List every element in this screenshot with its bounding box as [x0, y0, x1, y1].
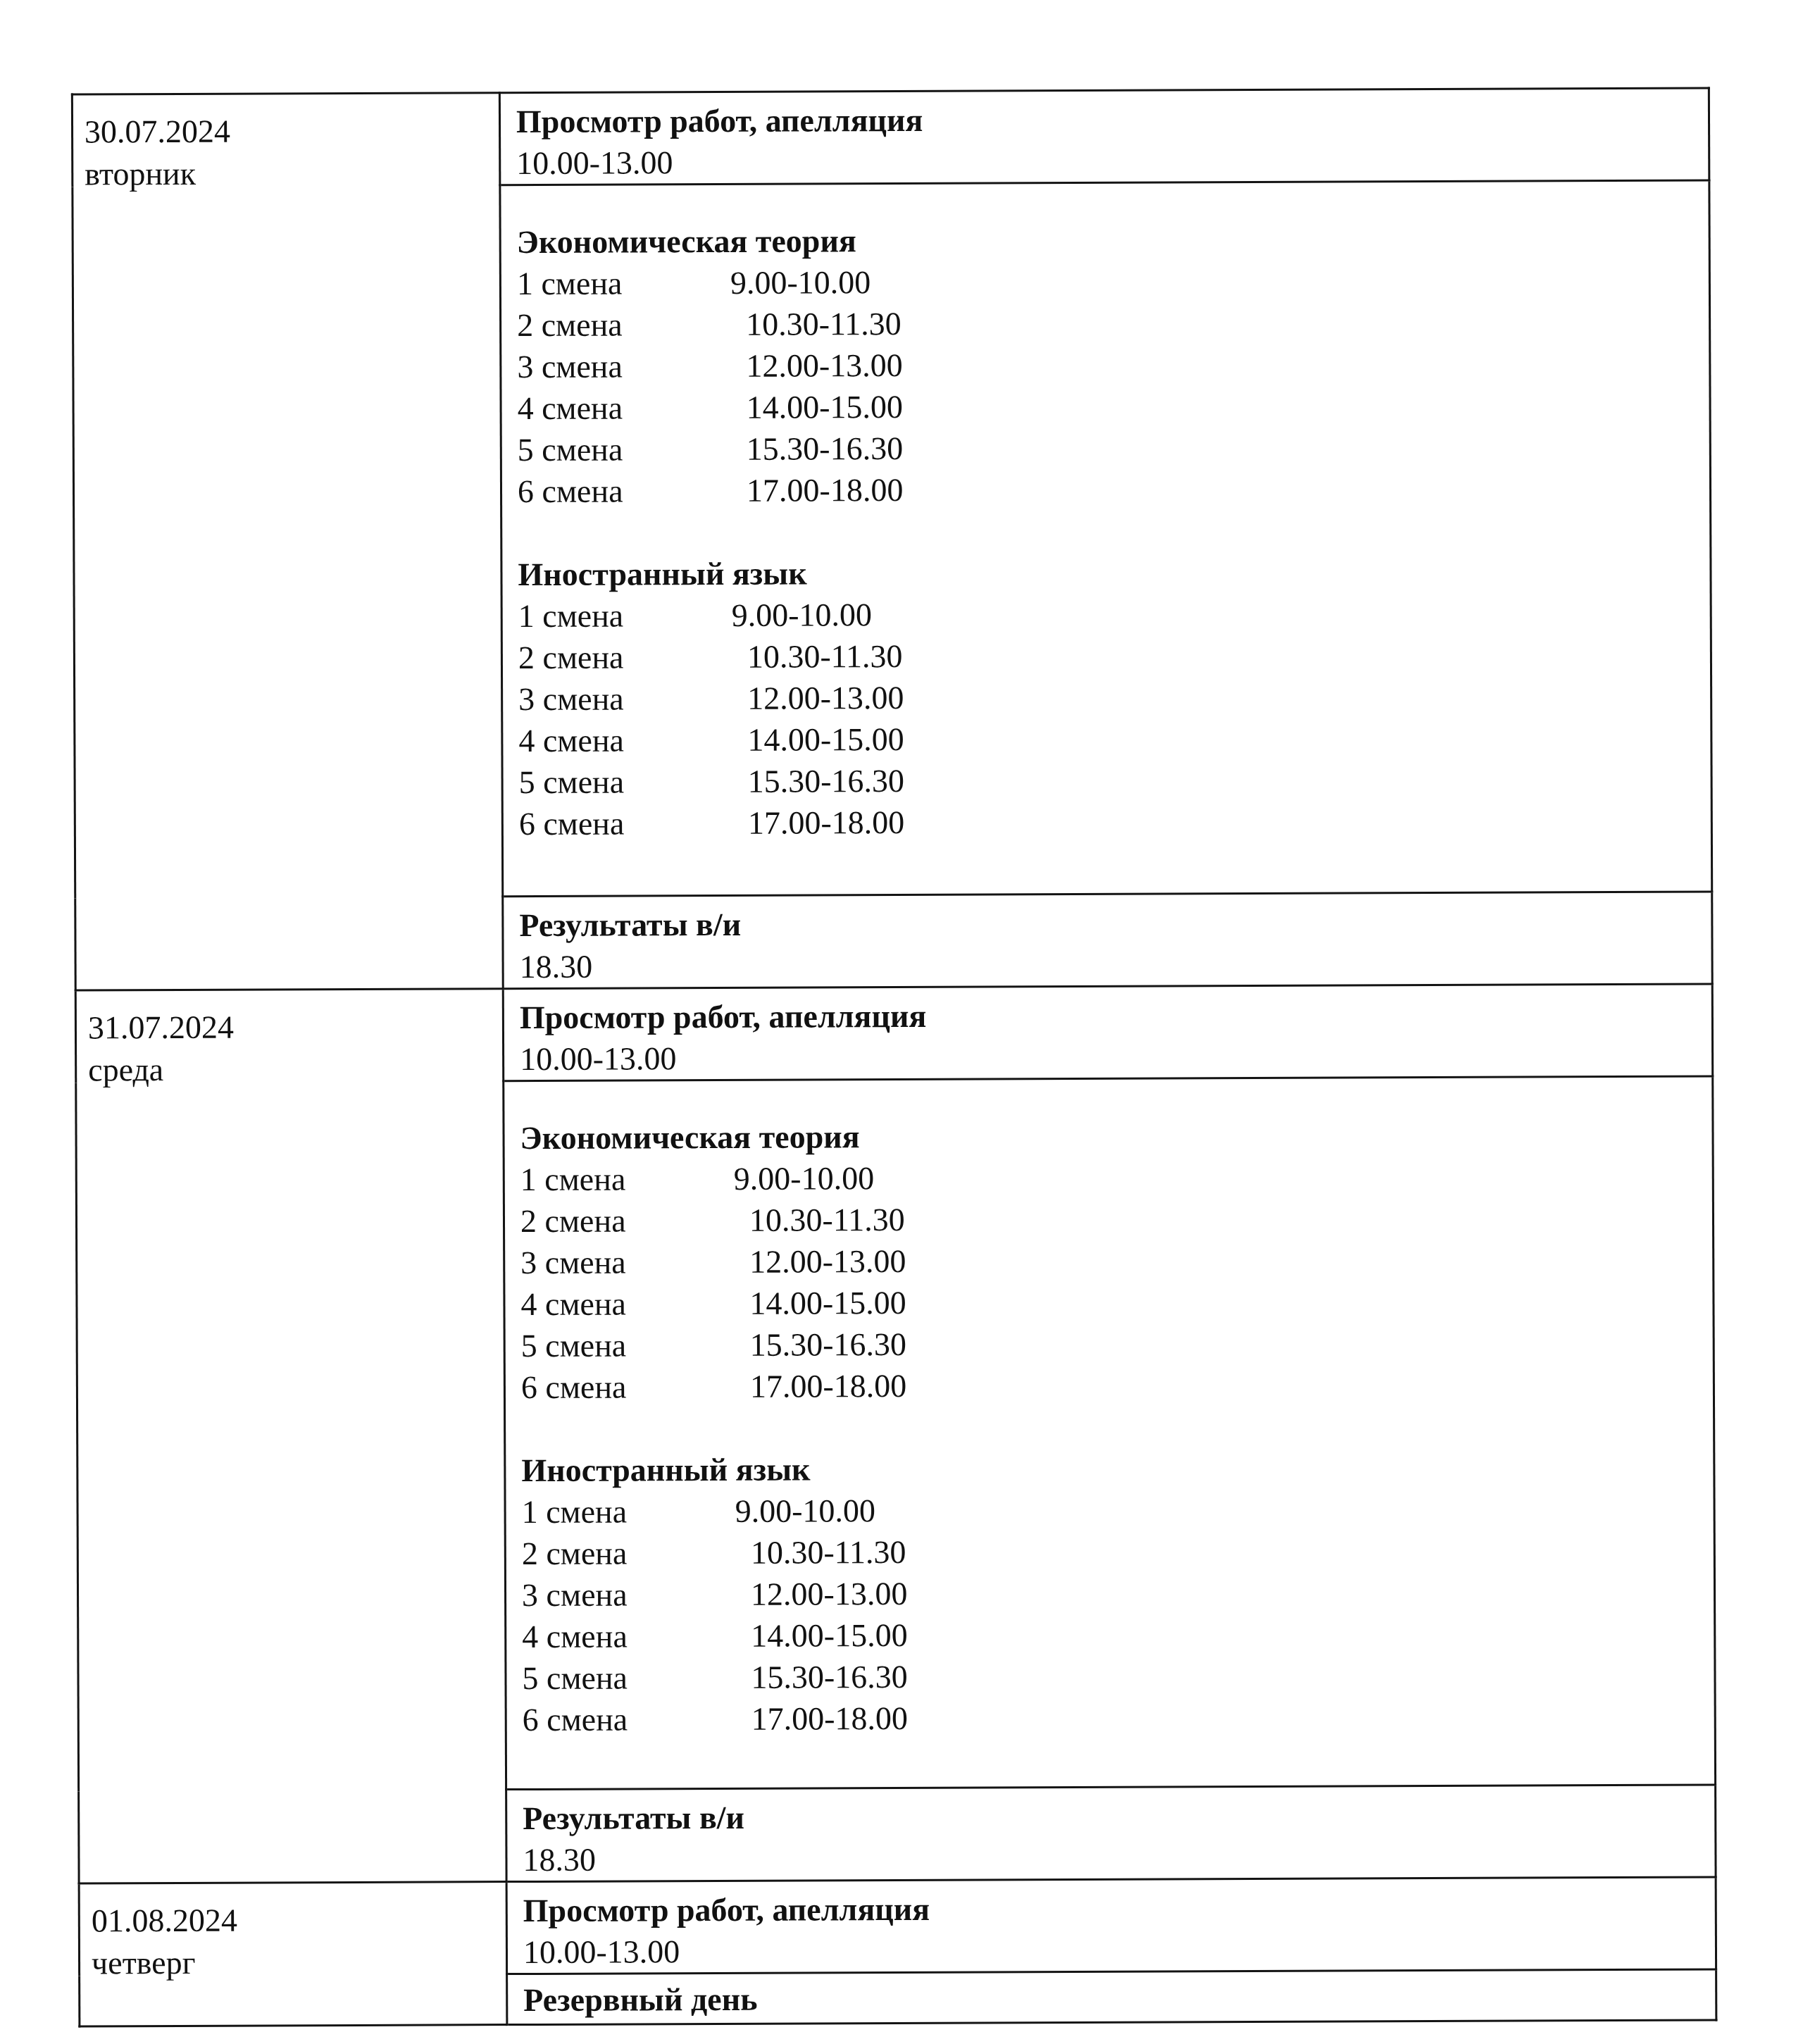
- date-cell: 31.07.2024 среда: [75, 989, 506, 1883]
- review-cell: Просмотр работ, апелляция 10.00-13.00: [499, 88, 1709, 185]
- shift-time: 15.30-16.30: [750, 1323, 907, 1366]
- reserve-cell: Резервный день: [507, 1969, 1716, 2025]
- shift-row: 2 смена10.30-11.30: [522, 1528, 1714, 1574]
- results-time: 18.30: [520, 942, 1711, 987]
- shift-label: 6 смена: [519, 802, 748, 845]
- shift-label: 1 смена: [518, 594, 747, 637]
- subject-economics: Экономическая теория 1 смена9.00-10.00 2…: [520, 1113, 1713, 1408]
- shift-row: 1 смена9.00-10.00: [521, 1487, 1713, 1533]
- subject-economics: Экономическая теория 1 смена9.00-10.00 2…: [517, 217, 1710, 512]
- shift-row: 6 смена17.00-18.00: [521, 1362, 1713, 1408]
- shift-label: 6 смена: [523, 1698, 751, 1740]
- shift-label: 3 смена: [520, 1241, 749, 1283]
- shift-row: 1 смена9.00-10.00: [518, 591, 1710, 637]
- shift-label: 4 смена: [522, 1615, 751, 1657]
- weekday-text: вторник: [85, 151, 499, 195]
- shift-row: 5 смена15.30-16.30: [518, 425, 1709, 471]
- shift-label: 1 смена: [521, 1490, 750, 1533]
- shift-label: 5 смена: [522, 1657, 751, 1699]
- shift-label: 5 смена: [521, 1324, 750, 1366]
- sessions-cell: Экономическая теория 1 смена9.00-10.00 2…: [500, 180, 1712, 897]
- shift-time: 12.00-13.00: [746, 344, 903, 387]
- shift-time: 12.00-13.00: [749, 1240, 906, 1283]
- shift-time: 12.00-13.00: [751, 1573, 908, 1615]
- shift-time: 9.00-10.00: [734, 1157, 875, 1199]
- shift-time: 14.00-15.00: [746, 386, 903, 428]
- review-cell: Просмотр работ, апелляция 10.00-13.00: [503, 984, 1712, 1081]
- shift-row: 2 смена10.30-11.30: [517, 300, 1709, 346]
- shift-row: 2 смена10.30-11.30: [520, 1196, 1712, 1242]
- review-time: 10.00-13.00: [523, 1927, 1715, 1973]
- subject-title: Иностранный язык: [518, 549, 1709, 595]
- shift-label: 1 смена: [517, 262, 746, 304]
- review-time: 10.00-13.00: [516, 138, 1708, 184]
- shift-row: 3 смена12.00-13.00: [518, 674, 1710, 720]
- review-cell: Просмотр работ, апелляция 10.00-13.00: [506, 1877, 1716, 1974]
- date-text: 30.07.2024: [85, 109, 499, 153]
- shift-time: 10.30-11.30: [746, 303, 901, 345]
- shift-label: 3 смена: [522, 1573, 751, 1616]
- review-title: Просмотр работ, апелляция: [523, 1886, 1715, 1931]
- day-row-01-08: 01.08.2024 четверг Просмотр работ, апелл…: [79, 1877, 1716, 1976]
- review-time: 10.00-13.00: [520, 1034, 1711, 1080]
- shift-label: 2 смена: [518, 636, 747, 678]
- sessions-cell: Экономическая теория 1 смена9.00-10.00 2…: [504, 1076, 1716, 1790]
- shift-row: 4 смена14.00-15.00: [520, 1279, 1712, 1325]
- shift-label: 3 смена: [517, 345, 746, 387]
- shift-time: 14.00-15.00: [747, 718, 904, 761]
- results-cell: Результаты в/и 18.30: [503, 892, 1712, 989]
- shift-time: 17.00-18.00: [750, 1365, 907, 1407]
- shift-row: 6 смена17.00-18.00: [518, 466, 1709, 512]
- shift-time: 17.00-18.00: [748, 802, 905, 844]
- results-title: Результаты в/и: [523, 1793, 1714, 1839]
- date-text: 01.08.2024: [92, 1898, 506, 1942]
- reserve-day-title: Резервный день: [523, 1975, 1715, 2021]
- shift-label: 4 смена: [518, 719, 747, 761]
- shift-label: 5 смена: [519, 761, 748, 803]
- results-time: 18.30: [523, 1835, 1714, 1881]
- shift-row: 5 смена15.30-16.30: [522, 1653, 1714, 1699]
- shift-label: 5 смена: [518, 428, 747, 471]
- shift-label: 3 смена: [518, 678, 747, 720]
- shift-label: 6 смена: [518, 470, 747, 512]
- shift-row: 3 смена12.00-13.00: [522, 1570, 1714, 1616]
- subject-title: Экономическая теория: [517, 217, 1709, 263]
- shift-row: 5 смена15.30-16.30: [519, 757, 1711, 803]
- shift-time: 12.00-13.00: [747, 677, 904, 719]
- shift-time: 10.30-11.30: [747, 635, 903, 678]
- shift-time: 15.30-16.30: [747, 428, 904, 470]
- shift-row: 4 смена14.00-15.00: [518, 716, 1710, 761]
- shift-time: 15.30-16.30: [751, 1656, 908, 1698]
- day-row-30-07: 30.07.2024 вторник Просмотр работ, апелл…: [72, 88, 1709, 187]
- shift-row: 1 смена9.00-10.00: [517, 258, 1709, 304]
- shift-time: 15.30-16.30: [748, 760, 905, 802]
- date-cell: 30.07.2024 вторник: [72, 93, 503, 990]
- shift-time: 9.00-10.00: [732, 594, 873, 636]
- subject-foreign-language: Иностранный язык 1 смена9.00-10.00 2 сме…: [518, 549, 1711, 845]
- subject-foreign-language: Иностранный язык 1 смена9.00-10.00 2 сме…: [521, 1445, 1714, 1740]
- results-title: Результаты в/и: [519, 900, 1711, 946]
- shift-label: 2 смена: [522, 1532, 751, 1574]
- date-cell: 01.08.2024 четверг: [79, 1882, 507, 2026]
- shift-time: 9.00-10.00: [735, 1490, 875, 1532]
- document-page: 30.07.2024 вторник Просмотр работ, апелл…: [0, 0, 1803, 2044]
- weekday-text: среда: [88, 1047, 502, 1091]
- results-cell: Результаты в/и 18.30: [506, 1785, 1716, 1882]
- shift-time: 14.00-15.00: [751, 1614, 908, 1657]
- date-text: 31.07.2024: [88, 1005, 502, 1049]
- weekday-text: четверг: [92, 1940, 506, 1984]
- shift-row: 6 смена17.00-18.00: [523, 1695, 1714, 1740]
- shift-row: 3 смена12.00-13.00: [520, 1238, 1712, 1283]
- shift-label: 2 смена: [520, 1199, 749, 1242]
- shift-row: 5 смена15.30-16.30: [521, 1321, 1713, 1366]
- subject-title: Иностранный язык: [521, 1445, 1713, 1491]
- shift-row: 2 смена10.30-11.30: [518, 632, 1710, 678]
- shift-row: 6 смена17.00-18.00: [519, 799, 1711, 845]
- review-title: Просмотр работ, апелляция: [520, 992, 1711, 1038]
- shift-label: 4 смена: [517, 387, 746, 429]
- shift-label: 6 смена: [521, 1366, 750, 1408]
- shift-label: 1 смена: [520, 1158, 749, 1200]
- shift-label: 2 смена: [517, 304, 746, 346]
- shift-row: 4 смена14.00-15.00: [517, 383, 1709, 429]
- review-title: Просмотр работ, апелляция: [516, 96, 1708, 142]
- schedule-table: 30.07.2024 вторник Просмотр работ, апелл…: [71, 87, 1718, 2028]
- shift-time: 17.00-18.00: [751, 1697, 909, 1740]
- shift-time: 10.30-11.30: [749, 1199, 905, 1241]
- shift-row: 1 смена9.00-10.00: [520, 1154, 1712, 1200]
- shift-time: 17.00-18.00: [747, 469, 904, 511]
- shift-time: 10.30-11.30: [751, 1531, 906, 1573]
- shift-time: 9.00-10.00: [730, 261, 871, 304]
- shift-time: 14.00-15.00: [749, 1282, 906, 1324]
- shift-row: 3 смена12.00-13.00: [517, 342, 1709, 387]
- day-row-31-07: 31.07.2024 среда Просмотр работ, апелляц…: [75, 984, 1712, 1083]
- subject-title: Экономическая теория: [520, 1113, 1711, 1159]
- shift-row: 4 смена14.00-15.00: [522, 1612, 1714, 1657]
- shift-label: 4 смена: [520, 1283, 749, 1325]
